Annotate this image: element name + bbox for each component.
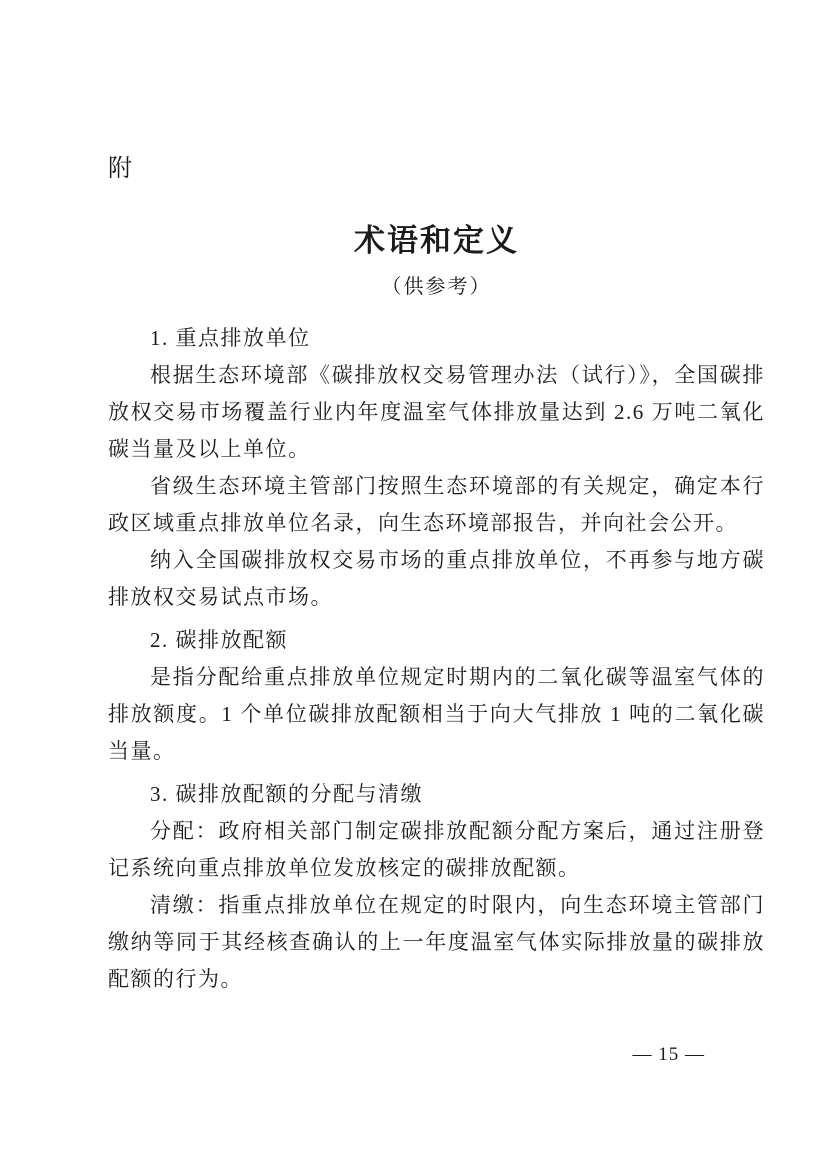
section-heading: 2. 碳排放配额 <box>108 622 765 659</box>
paragraph: 清缴：指重点排放单位在规定的时限内，向生态环境主管部门缴纳等同于其经核查确认的上… <box>108 887 765 998</box>
paragraph: 根据生态环境部《碳排放权交易管理办法（试行）》，全国碳排放权交易市场覆盖行业内年… <box>108 357 765 468</box>
document-subtitle: （供参考） <box>108 273 765 301</box>
paragraph: 纳入全国碳排放权交易市场的重点排放单位，不再参与地方碳排放权交易试点市场。 <box>108 542 765 616</box>
document-title: 术语和定义 <box>108 220 765 262</box>
attachment-label: 附 <box>108 153 132 185</box>
page-number: — 15 — <box>633 1044 706 1066</box>
paragraph: 省级生态环境主管部门按照生态环境部的有关规定，确定本行政区域重点排放单位名录，向… <box>108 468 765 542</box>
document-body: 1. 重点排放单位 根据生态环境部《碳排放权交易管理办法（试行）》，全国碳排放权… <box>108 320 765 998</box>
document-page: 附 术语和定义 （供参考） 1. 重点排放单位 根据生态环境部《碳排放权交易管理… <box>0 0 826 1169</box>
paragraph: 分配：政府相关部门制定碳排放配额分配方案后，通过注册登记系统向重点排放单位发放核… <box>108 813 765 887</box>
paragraph: 是指分配给重点排放单位规定时期内的二氧化碳等温室气体的排放额度。1 个单位碳排放… <box>108 659 765 770</box>
section-heading: 1. 重点排放单位 <box>108 320 765 357</box>
section-heading: 3. 碳排放配额的分配与清缴 <box>108 776 765 813</box>
